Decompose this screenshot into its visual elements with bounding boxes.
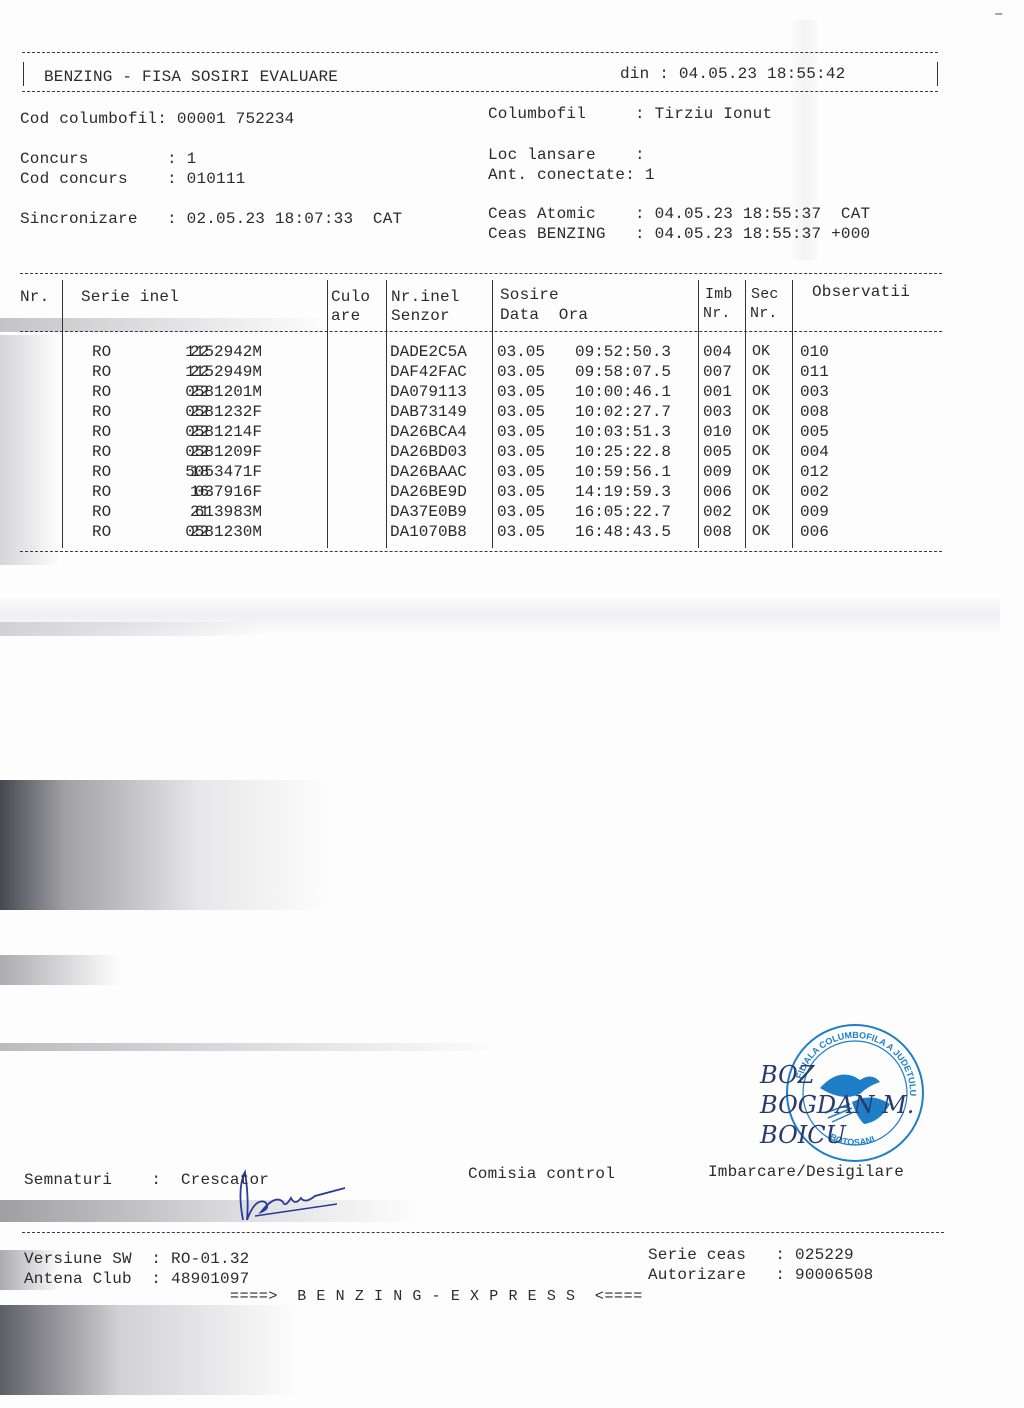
header-serie-inel: Serie inel [81, 287, 179, 307]
cell-inel: 0581201M [185, 382, 262, 402]
cell-data: 03.05 [497, 442, 545, 462]
table-row: 6RO220581209FDA26BD0303.0510:25:22.8005O… [0, 442, 960, 462]
ceas-atomic-value: 04.05.23 18:55:37 [655, 205, 822, 223]
cod-concurs-label: Cod concurs [20, 170, 128, 188]
ceas-benzing-offset: +000 [831, 225, 870, 243]
sincronizare-tz: CAT [373, 210, 402, 228]
cell-imb: 006 [703, 482, 732, 502]
header-sec-1: Sec [751, 285, 779, 305]
cell-data: 03.05 [497, 462, 545, 482]
concurs-label: Concurs [20, 150, 89, 168]
cell-imb: 004 [703, 342, 732, 362]
antena-club: Antena Club : 48901097 [24, 1269, 249, 1289]
cell-senzor: DA26BD03 [390, 442, 467, 462]
cell-obs: 005 [800, 422, 829, 442]
table-row: 8RO16037916FDA26BE9D03.0514:19:59.3006OK… [0, 482, 960, 502]
header-sosire-1: Sosire [500, 285, 559, 305]
cell-sec: OK [752, 362, 770, 382]
header-bottom-border [22, 91, 938, 92]
ceas-atomic-tz: CAT [841, 205, 870, 223]
cell-inel: 5053471F [185, 462, 262, 482]
versiune-sw-label: Versiune SW [24, 1250, 132, 1268]
cell-senzor: DAF42FAC [390, 362, 467, 382]
table-row: 10RO220581230MDA1070B803.0516:48:43.5008… [0, 522, 960, 542]
cod-concurs: Cod concurs : 010111 [20, 169, 245, 189]
cell-data: 03.05 [497, 402, 545, 422]
cell-imb: 008 [703, 522, 732, 542]
cell-ora: 10:25:22.8 [575, 442, 671, 462]
header-top-border [22, 52, 938, 53]
brand-line: ====> B E N Z I N G - E X P R E S S <===… [230, 1287, 643, 1307]
ceas-benzing-label: Ceas BENZING [488, 225, 606, 243]
cell-sec: OK [752, 342, 770, 362]
table-top-border [20, 273, 942, 274]
signature-comisia-label: Comisia control [468, 1164, 615, 1184]
cell-ora: 10:03:51.3 [575, 422, 671, 442]
cell-inel: 037916F [195, 482, 262, 502]
cell-senzor: DA37E0B9 [390, 502, 467, 522]
columbofil-label: Columbofil [488, 105, 586, 123]
cell-ora: 10:00:46.1 [575, 382, 671, 402]
serie-ceas-label: Serie ceas [648, 1246, 746, 1264]
cell-tara: RO [92, 362, 111, 382]
cell-data: 03.05 [497, 362, 545, 382]
header-left-border [23, 62, 24, 86]
cell-data: 03.05 [497, 502, 545, 522]
serie-ceas-value: 025229 [795, 1246, 854, 1264]
cell-ora: 16:05:22.7 [575, 502, 671, 522]
cell-obs: 006 [800, 522, 829, 542]
ant-conectate-label: Ant. conectate [488, 166, 625, 184]
handwritten-name-1: BOZ [760, 1060, 914, 1090]
document-title: BENZING - FISA SOSIRI EVALUARE [44, 67, 338, 87]
cell-imb: 005 [703, 442, 732, 462]
loc-lansare-label: Loc lansare [488, 146, 596, 164]
cell-data: 03.05 [497, 522, 545, 542]
concurs: Concurs : 1 [20, 149, 196, 169]
cell-sec: OK [752, 482, 770, 502]
handwritten-name-3: BOICU [760, 1120, 914, 1150]
scan-artifact [0, 622, 260, 636]
ant-conectate: Ant. conectate: 1 [488, 165, 655, 185]
cod-columbofil-value: 00001 752234 [177, 110, 295, 128]
scan-artifact [0, 1200, 420, 1222]
cell-sec: OK [752, 462, 770, 482]
document-date-label: din : 04.05.23 18:55:42 [620, 64, 845, 84]
cell-obs: 008 [800, 402, 829, 422]
cell-tara: RO [92, 462, 111, 482]
cell-tara: RO [92, 382, 111, 402]
versiune-sw-value: RO-01.32 [171, 1250, 249, 1268]
ant-conectate-value: 1 [645, 166, 655, 184]
scan-artifact [0, 596, 1000, 636]
header-nr: Nr. [20, 287, 49, 307]
cell-tara: RO [92, 342, 111, 362]
cell-imb: 009 [703, 462, 732, 482]
table-bottom-border [20, 551, 942, 552]
page-corner-mark: – [994, 4, 1004, 24]
scan-artifact [0, 780, 330, 910]
cell-tara: RO [92, 482, 111, 502]
header-sec-2: Nr. [750, 304, 778, 324]
document-date: 04.05.23 18:55:42 [679, 65, 846, 83]
cell-obs: 004 [800, 442, 829, 462]
columbofil: Columbofil : Tirziu Ionut [488, 104, 772, 124]
cell-tara: RO [92, 522, 111, 542]
table-row: 4RO220581232FDAB7314903.0510:02:27.7003O… [0, 402, 960, 422]
header-imb-2: Nr. [703, 304, 731, 324]
cell-senzor: DAB73149 [390, 402, 467, 422]
date-label: din [620, 65, 649, 83]
cell-tara: RO [92, 442, 111, 462]
antena-club-label: Antena Club [24, 1270, 132, 1288]
cod-columbofil: Cod columbofil: 00001 752234 [20, 109, 294, 129]
cell-imb: 002 [703, 502, 732, 522]
concurs-value: 1 [187, 150, 197, 168]
signatures-line: Semnaturi : Crescator [24, 1170, 269, 1190]
cell-sec: OK [752, 502, 770, 522]
header-culoare-1: Culo [331, 287, 370, 307]
cell-senzor: DA079113 [390, 382, 467, 402]
ceas-atomic: Ceas Atomic : 04.05.23 18:55:37 CAT [488, 204, 870, 224]
cod-concurs-value: 010111 [187, 170, 246, 188]
cell-obs: 002 [800, 482, 829, 502]
table-row: 7RO185053471FDA26BAAC03.0510:59:56.1009O… [0, 462, 960, 482]
table-row: 1RO221152942MDADE2C5A03.0509:52:50.3004O… [0, 342, 960, 362]
cell-obs: 010 [800, 342, 829, 362]
header-observatii: Observatii [812, 282, 910, 302]
sincronizare: Sincronizare : 02.05.23 18:07:33 CAT [20, 209, 402, 229]
cell-imb: 007 [703, 362, 732, 382]
cell-imb: 001 [703, 382, 732, 402]
versiune-sw: Versiune SW : RO-01.32 [24, 1249, 249, 1269]
cell-inel: 1152942M [185, 342, 262, 362]
footer-border [22, 1232, 944, 1233]
cell-senzor: DA26BCA4 [390, 422, 467, 442]
ceas-benzing: Ceas BENZING : 04.05.23 18:55:37 +000 [488, 224, 870, 244]
handwritten-name-2: BOGDAN M. [760, 1090, 914, 1120]
sincronizare-label: Sincronizare [20, 210, 138, 228]
cell-sec: OK [752, 522, 770, 542]
cell-sec: OK [752, 382, 770, 402]
header-sosire-2: Data Ora [500, 305, 588, 325]
cell-inel: 1152949M [185, 362, 262, 382]
cell-ora: 09:52:50.3 [575, 342, 671, 362]
scan-artifact [0, 1305, 300, 1395]
cell-imb: 003 [703, 402, 732, 422]
cell-data: 03.05 [497, 342, 545, 362]
scan-artifact [0, 955, 120, 985]
cell-ora: 14:19:59.3 [575, 482, 671, 502]
signature-imbarcare-label: Imbarcare/Desigilare [708, 1162, 904, 1182]
header-nr-inel-1: Nr.inel [391, 287, 460, 307]
cell-sec: OK [752, 422, 770, 442]
cell-data: 03.05 [497, 422, 545, 442]
cell-senzor: DA1070B8 [390, 522, 467, 542]
header-nr-inel-2: Senzor [391, 306, 450, 326]
cell-obs: 003 [800, 382, 829, 402]
cell-data: 03.05 [497, 482, 545, 502]
cell-tara: RO [92, 422, 111, 442]
cell-ora: 16:48:43.5 [575, 522, 671, 542]
cell-inel: 0581214F [185, 422, 262, 442]
cell-senzor: DADE2C5A [390, 342, 467, 362]
cell-tara: RO [92, 402, 111, 422]
signatures-label: Semnaturi [24, 1171, 112, 1189]
autorizare-value: 90006508 [795, 1266, 873, 1284]
autorizare: Autorizare : 90006508 [648, 1265, 873, 1285]
cell-ora: 09:58:07.5 [575, 362, 671, 382]
table-row: 3RO220581201MDA07911303.0510:00:46.1001O… [0, 382, 960, 402]
ceas-benzing-value: 04.05.23 18:55:37 [655, 225, 822, 243]
header-culoare-2: are [331, 306, 360, 326]
autorizare-label: Autorizare [648, 1266, 746, 1284]
cell-inel: 0581232F [185, 402, 262, 422]
cell-senzor: DA26BE9D [390, 482, 467, 502]
antena-club-value: 48901097 [171, 1270, 249, 1288]
cell-inel: 0581209F [185, 442, 262, 462]
cell-sec: OK [752, 402, 770, 422]
cell-imb: 010 [703, 422, 732, 442]
cell-ora: 10:02:27.7 [575, 402, 671, 422]
columbofil-value: Tirziu Ionut [655, 105, 773, 123]
table-row: 2RO221152949MDAF42FAC03.0509:58:07.5007O… [0, 362, 960, 382]
cell-inel: 613983M [195, 502, 262, 522]
scan-artifact [0, 318, 330, 332]
cell-ora: 10:59:56.1 [575, 462, 671, 482]
cell-obs: 012 [800, 462, 829, 482]
cell-data: 03.05 [497, 382, 545, 402]
cell-tara: RO [92, 502, 111, 522]
header-right-border [937, 62, 938, 86]
table-row: 5RO220581214FDA26BCA403.0510:03:51.3010O… [0, 422, 960, 442]
scan-artifact [0, 1043, 500, 1051]
loc-lansare: Loc lansare : [488, 145, 655, 165]
cell-senzor: DA26BAAC [390, 462, 467, 482]
cell-obs: 011 [800, 362, 829, 382]
table-header-border [20, 331, 942, 332]
cell-inel: 0581230M [185, 522, 262, 542]
header-imb-1: Imb [705, 285, 733, 305]
table-row: 9RO21613983MDA37E0B903.0516:05:22.7002OK… [0, 502, 960, 522]
signature-crescator-label: Crescator [181, 1171, 269, 1189]
cod-columbofil-label: Cod columbofil [20, 110, 157, 128]
ceas-atomic-label: Ceas Atomic [488, 205, 596, 223]
serie-ceas: Serie ceas : 025229 [648, 1245, 854, 1265]
cell-sec: OK [752, 442, 770, 462]
handwritten-signature-commission: BOZ BOGDAN M. BOICU [760, 1060, 914, 1150]
cell-obs: 009 [800, 502, 829, 522]
sincronizare-value: 02.05.23 18:07:33 [187, 210, 354, 228]
